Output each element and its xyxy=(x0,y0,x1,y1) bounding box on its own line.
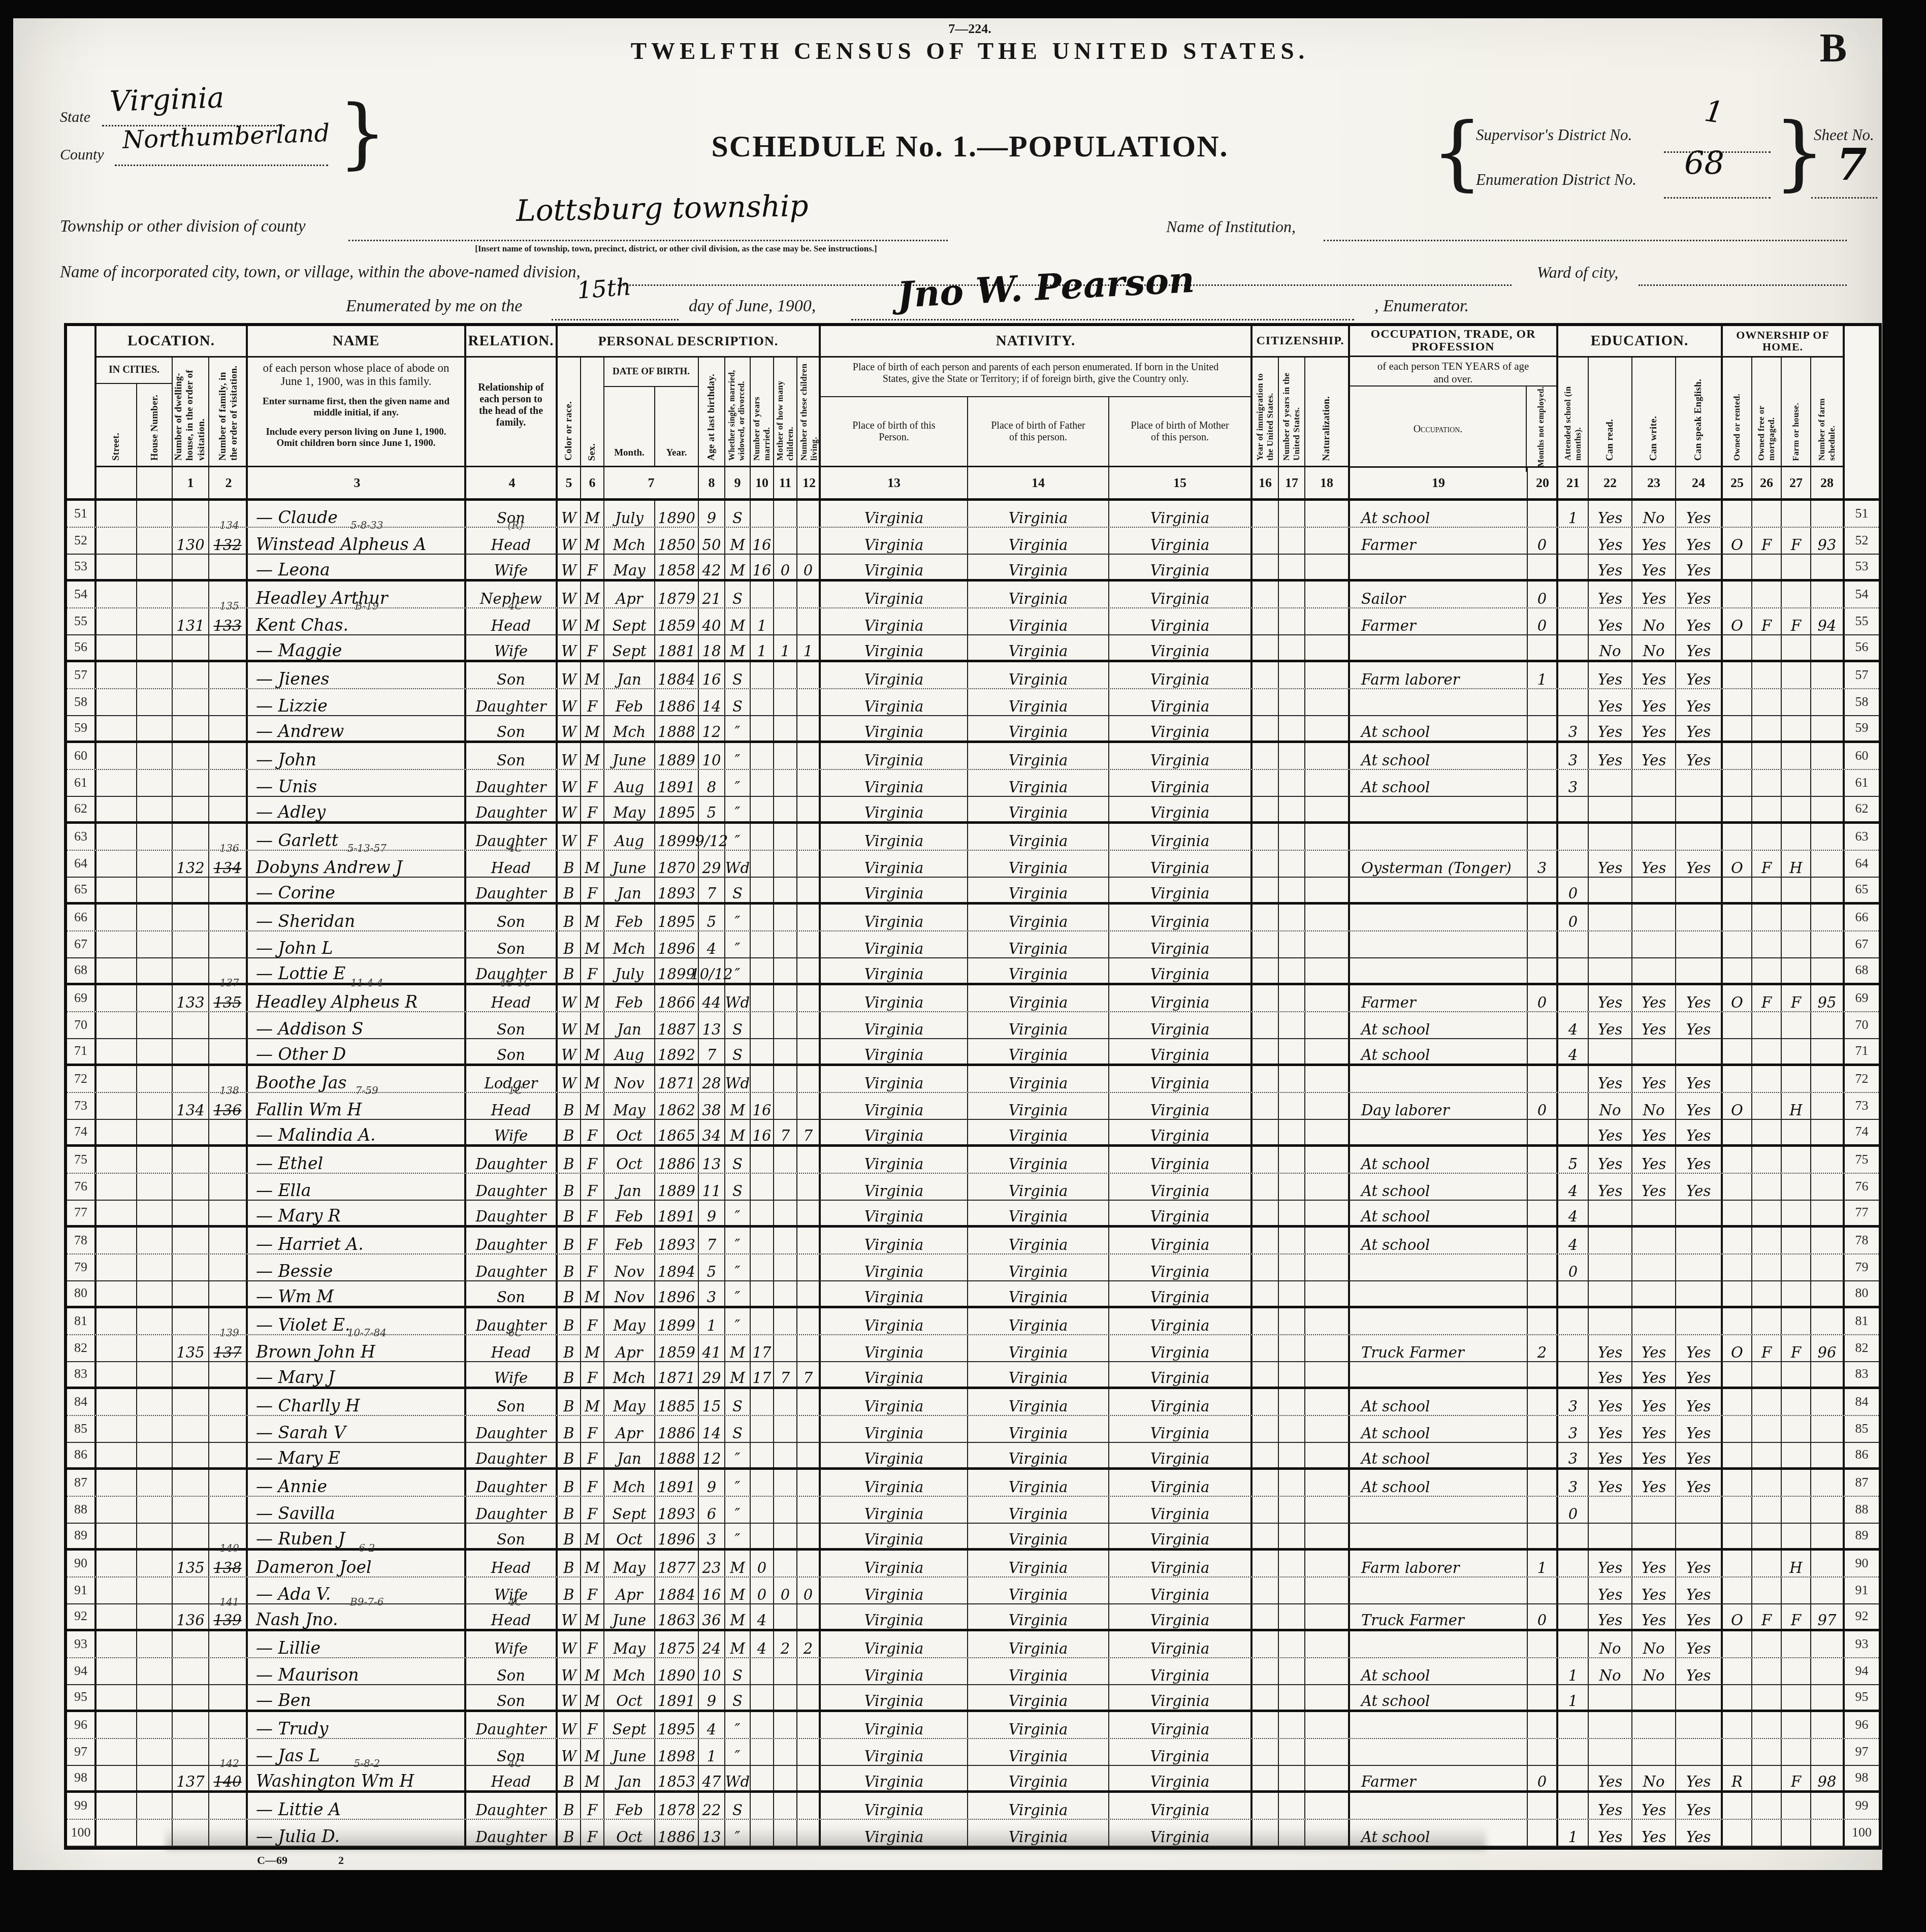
group-nativity-title: NATIVITY. xyxy=(821,326,1250,358)
cell-can_read: Yes xyxy=(1589,555,1632,579)
cell-owned_rented xyxy=(1723,501,1752,527)
cell-naturalization xyxy=(1305,958,1350,983)
line-number-right: 85 xyxy=(1845,1416,1879,1442)
cell-farm_house xyxy=(1782,1685,1811,1710)
cell-farm_schedule xyxy=(1811,1497,1845,1523)
cell-year: 1890 xyxy=(655,501,699,527)
cell-house xyxy=(137,851,173,877)
cell-farm_schedule xyxy=(1811,743,1845,769)
cell-age: 12 xyxy=(699,716,725,740)
cell-yrs_married xyxy=(751,1039,774,1064)
cell-relation: Daughter xyxy=(466,1443,558,1467)
cell-owned_rented: O xyxy=(1723,608,1752,634)
line-number-right: 54 xyxy=(1845,582,1879,607)
cell-farm_house xyxy=(1782,1712,1811,1738)
cell-months_not_employed xyxy=(1528,1147,1558,1173)
cell-can_read xyxy=(1589,905,1632,930)
cell-street xyxy=(97,1228,137,1253)
cell-name: — Julia D. xyxy=(248,1820,466,1846)
cell-can_speak_english xyxy=(1676,1254,1723,1280)
cell-owned_rented: O xyxy=(1723,1335,1752,1361)
col-number: 24 xyxy=(1676,467,1721,498)
cell-can_read: Yes xyxy=(1589,528,1632,554)
cell-children_born xyxy=(774,905,797,930)
cell-children_living xyxy=(797,797,821,821)
cell-street xyxy=(97,1577,137,1603)
cell-age: 21 xyxy=(699,582,725,607)
cell-children_born xyxy=(774,743,797,769)
cell-marital: ″ xyxy=(725,1739,751,1765)
cell-occupation: Farmer xyxy=(1350,1766,1528,1790)
cell-father_birthplace: Virginia xyxy=(968,1362,1109,1387)
pencil-annotation: B9-7-6 xyxy=(350,1597,383,1607)
cell-owned_rented xyxy=(1723,770,1752,796)
cell-sex: M xyxy=(581,1524,604,1548)
cell-name: — Mary J xyxy=(248,1362,466,1387)
cell-years_in_us xyxy=(1279,1739,1305,1765)
cell-school_months xyxy=(1558,1712,1589,1738)
cell-family: 141139 xyxy=(209,1604,248,1629)
cell-children_living xyxy=(797,905,821,930)
cell-month: June xyxy=(604,1739,655,1765)
cell-street xyxy=(97,1685,137,1710)
cell-color: W xyxy=(558,608,581,634)
cell-ln: 54 xyxy=(67,582,97,607)
cell-marital: S xyxy=(725,1389,751,1415)
line-number-right: 76 xyxy=(1845,1174,1879,1200)
cell-immigration_year xyxy=(1253,1524,1279,1548)
cell-can_speak_english: Yes xyxy=(1676,501,1723,527)
cell-can_write: No xyxy=(1632,1093,1676,1119)
cell-farm_house xyxy=(1782,1362,1811,1387)
cell-can_write: Yes xyxy=(1632,1416,1676,1442)
cell-farm_schedule xyxy=(1811,1416,1845,1442)
cell-color: W xyxy=(558,528,581,554)
cell-family: 136134 xyxy=(209,851,248,877)
cell-can_read: Yes xyxy=(1589,1389,1632,1415)
cell-can_speak_english: Yes xyxy=(1676,635,1723,660)
cell-years_in_us xyxy=(1279,1416,1305,1442)
cell-marital: ″ xyxy=(725,1308,751,1334)
cell-house xyxy=(137,1066,173,1092)
census-row: 641321361345-13-57Dobyns Andrew J4CHeadB… xyxy=(67,851,1879,878)
cell-mother_birthplace: Virginia xyxy=(1109,1739,1253,1765)
cell-free_mortgaged xyxy=(1752,1793,1782,1819)
cell-father_birthplace: Virginia xyxy=(968,743,1109,769)
cell-can_speak_english: Yes xyxy=(1676,1147,1723,1173)
cell-age: 14 xyxy=(699,1416,725,1442)
cell-immigration_year xyxy=(1253,608,1279,634)
line-number-header-left xyxy=(67,326,97,498)
cell-family xyxy=(209,1416,248,1442)
cell-month: Jan xyxy=(604,1012,655,1038)
cell-can_write: Yes xyxy=(1632,555,1676,579)
cell-naturalization xyxy=(1305,743,1350,769)
col-header-dwelling: Number of dwelling-house, in the order o… xyxy=(173,361,207,461)
cell-children_born xyxy=(774,1147,797,1173)
cell-year: 1859 xyxy=(655,1335,699,1361)
cell-age: 3 xyxy=(699,1524,725,1548)
cell-street xyxy=(97,1497,137,1523)
col-header-marital: Whether single, married, widowed, or div… xyxy=(728,361,747,461)
cell-yrs_married xyxy=(751,1766,774,1790)
cell-owned_rented: O xyxy=(1723,985,1752,1011)
cell-farm_schedule xyxy=(1811,1820,1845,1846)
pencil-annotation: 6-2 xyxy=(359,1543,375,1553)
cell-owned_rented xyxy=(1723,662,1752,688)
cell-school_months: 1 xyxy=(1558,1820,1589,1846)
cell-month: Apr xyxy=(604,1416,655,1442)
cell-dwelling xyxy=(173,1120,209,1144)
cell-can_write xyxy=(1632,878,1676,902)
cell-name: — Malindia A. xyxy=(248,1120,466,1144)
cell-month: Sept xyxy=(604,608,655,634)
cell-family xyxy=(209,743,248,769)
cell-occupation xyxy=(1350,1308,1528,1334)
cell-years_in_us xyxy=(1279,1631,1305,1657)
cell-birthplace: Virginia xyxy=(821,824,968,850)
col-number: 4 xyxy=(466,467,558,498)
cell-house xyxy=(137,689,173,715)
cell-yrs_married xyxy=(751,1524,774,1548)
cell-children_born xyxy=(774,1093,797,1119)
cell-farm_house xyxy=(1782,1497,1811,1523)
cell-street xyxy=(97,905,137,930)
cell-naturalization xyxy=(1305,1093,1350,1119)
cell-age: 10/12 xyxy=(699,958,725,983)
cell-can_read: Yes xyxy=(1589,1443,1632,1467)
cell-age: 4 xyxy=(699,1712,725,1738)
cell-owned_rented xyxy=(1723,1497,1752,1523)
cell-immigration_year xyxy=(1253,528,1279,554)
cell-can_write: Yes xyxy=(1632,743,1676,769)
cell-can_speak_english: Yes xyxy=(1676,662,1723,688)
col-header-farm-schedule: Number of farm schedule. xyxy=(1817,361,1837,461)
cell-farm_schedule xyxy=(1811,1254,1845,1280)
cell-can_write xyxy=(1632,1497,1676,1523)
cell-sex: M xyxy=(581,1012,604,1038)
cell-ln: 91 xyxy=(67,1577,97,1603)
cell-marital: S xyxy=(725,662,751,688)
cell-yrs_married xyxy=(751,878,774,902)
cell-years_in_us xyxy=(1279,582,1305,607)
census-row: 68— Lottie EDaughterBFJuly189910/12″Virg… xyxy=(67,958,1879,985)
cell-school_months: 3 xyxy=(1558,1416,1589,1442)
line-number-right: 60 xyxy=(1845,743,1879,769)
cell-relation: Son xyxy=(466,905,558,930)
cell-can_write: Yes xyxy=(1632,1066,1676,1092)
cell-immigration_year xyxy=(1253,1039,1279,1064)
cell-dwelling xyxy=(173,1712,209,1738)
cell-naturalization xyxy=(1305,851,1350,877)
cell-years_in_us xyxy=(1279,689,1305,715)
cell-street xyxy=(97,1308,137,1334)
cell-relation: Wife xyxy=(466,1631,558,1657)
cell-mother_birthplace: Virginia xyxy=(1109,1416,1253,1442)
cell-street xyxy=(97,1658,137,1684)
cell-dwelling xyxy=(173,958,209,983)
cell-occupation: At school xyxy=(1350,501,1528,527)
cell-dwelling: 135 xyxy=(173,1335,209,1361)
cell-dwelling xyxy=(173,1793,209,1819)
cell-father_birthplace: Virginia xyxy=(968,1739,1109,1765)
cell-children_born: 2 xyxy=(774,1631,797,1657)
col-number: 15 xyxy=(1109,467,1250,498)
census-row: 71— Other DSonWMAug18927SVirginiaVirgini… xyxy=(67,1039,1879,1066)
cell-free_mortgaged xyxy=(1752,1147,1782,1173)
cell-months_not_employed xyxy=(1528,1631,1558,1657)
cell-year: 1896 xyxy=(655,931,699,957)
cell-age: 23 xyxy=(699,1551,725,1576)
occupation-sub: of each person TEN YEARS of age and over… xyxy=(1350,357,1556,387)
cell-can_speak_english xyxy=(1676,1712,1723,1738)
cell-years_in_us xyxy=(1279,501,1305,527)
cell-name: — Maggie xyxy=(248,635,466,660)
cell-farm_schedule: 96 xyxy=(1811,1335,1845,1361)
cell-year: 1886 xyxy=(655,1416,699,1442)
cell-mother_birthplace: Virginia xyxy=(1109,1389,1253,1415)
cell-father_birthplace: Virginia xyxy=(968,878,1109,902)
cell-can_speak_english xyxy=(1676,958,1723,983)
cell-sex: M xyxy=(581,1658,604,1684)
cell-street xyxy=(97,689,137,715)
cell-relation: Daughter xyxy=(466,797,558,821)
census-row: 56— MaggieWifeWFSept188118M111VirginiaVi… xyxy=(67,635,1879,662)
cell-owned_rented: O xyxy=(1723,528,1752,554)
cell-relation: Son xyxy=(466,1524,558,1548)
cell-house xyxy=(137,1551,173,1576)
census-row: 51— ClaudeSonWMJuly18909SVirginiaVirgini… xyxy=(67,501,1879,528)
cell-can_write: Yes xyxy=(1632,1443,1676,1467)
cell-months_not_employed xyxy=(1528,1416,1558,1442)
cell-months_not_employed xyxy=(1528,1201,1558,1225)
cell-can_speak_english xyxy=(1676,878,1723,902)
cell-age: 14 xyxy=(699,689,725,715)
cell-farm_schedule xyxy=(1811,1577,1845,1603)
cell-can_speak_english: Yes xyxy=(1676,1551,1723,1576)
cell-mother_birthplace: Virginia xyxy=(1109,1066,1253,1092)
cell-immigration_year xyxy=(1253,1174,1279,1200)
cell-yrs_married xyxy=(751,1658,774,1684)
cell-sex: F xyxy=(581,1793,604,1819)
cell-age: 9/12 xyxy=(699,824,725,850)
cell-farm_schedule: 93 xyxy=(1811,528,1845,554)
cell-mother_birthplace: Virginia xyxy=(1109,851,1253,877)
cell-farm_house xyxy=(1782,662,1811,688)
cell-can_speak_english: Yes xyxy=(1676,1604,1723,1629)
cell-month: Aug xyxy=(604,824,655,850)
cell-years_in_us xyxy=(1279,931,1305,957)
cell-farm_schedule xyxy=(1811,1201,1845,1225)
cell-children_living xyxy=(797,931,821,957)
cell-sex: M xyxy=(581,851,604,877)
group-occupation: OCCUPATION, TRADE, OR PROFESSION of each… xyxy=(1350,326,1558,498)
cell-father_birthplace: Virginia xyxy=(968,662,1109,688)
cell-father_birthplace: Virginia xyxy=(968,1470,1109,1496)
line-number-right: 88 xyxy=(1845,1497,1879,1523)
cell-street xyxy=(97,824,137,850)
pencil-annotation: 5-8-33 xyxy=(350,520,383,530)
cell-occupation: At school xyxy=(1350,1470,1528,1496)
cell-can_read xyxy=(1589,1497,1632,1523)
cell-yrs_married xyxy=(751,1497,774,1523)
cell-occupation: At school xyxy=(1350,1416,1528,1442)
cell-children_living xyxy=(797,770,821,796)
col-header-pob-father: Place of birth of Father of this person. xyxy=(968,397,1109,466)
cell-age: 38 xyxy=(699,1093,725,1119)
cell-yrs_married xyxy=(751,582,774,607)
cell-farm_schedule xyxy=(1811,689,1845,715)
cell-name: — Ella xyxy=(248,1174,466,1200)
cell-can_write: Yes xyxy=(1632,1577,1676,1603)
cell-school_months xyxy=(1558,582,1589,607)
cell-years_in_us xyxy=(1279,1228,1305,1253)
cell-ln: 76 xyxy=(67,1174,97,1200)
cell-yrs_married: 0 xyxy=(751,1551,774,1576)
cell-children_born xyxy=(774,1766,797,1790)
cell-school_months xyxy=(1558,1362,1589,1387)
cell-family xyxy=(209,689,248,715)
census-row: 70— Addison SSonWMJan188713SVirginiaVirg… xyxy=(67,1012,1879,1039)
cell-color: B xyxy=(558,1362,581,1387)
cell-can_read: Yes xyxy=(1589,1362,1632,1387)
enumerated-label: Enumerated by me on the xyxy=(346,297,522,316)
cell-can_read: No xyxy=(1589,1631,1632,1657)
cell-birthplace: Virginia xyxy=(821,1012,968,1038)
cell-years_in_us xyxy=(1279,958,1305,983)
col-header-attended-school: Attended school (in months). xyxy=(1563,361,1583,461)
cell-children_born xyxy=(774,1012,797,1038)
cell-birthplace: Virginia xyxy=(821,662,968,688)
cell-relation: Wife xyxy=(466,555,558,579)
col-number: 6 xyxy=(581,467,604,498)
cell-mother_birthplace: Virginia xyxy=(1109,662,1253,688)
cell-farm_house: H xyxy=(1782,1551,1811,1576)
cell-years_in_us xyxy=(1279,1497,1305,1523)
cell-age: 8 xyxy=(699,770,725,796)
cell-farm_schedule: 95 xyxy=(1811,985,1845,1011)
census-row: 63— GarlettDaughterWFAug18999/12″Virgini… xyxy=(67,824,1879,851)
cell-father_birthplace: Virginia xyxy=(968,1685,1109,1710)
cell-year: 1891 xyxy=(655,770,699,796)
pencil-annotation: 4C xyxy=(508,1597,523,1607)
cell-color: B xyxy=(558,1093,581,1119)
cell-farm_house xyxy=(1782,1416,1811,1442)
col-number: 5 xyxy=(558,467,581,498)
cell-farm_schedule xyxy=(1811,1739,1845,1765)
line-number-right: 63 xyxy=(1845,824,1879,850)
cell-house xyxy=(137,1658,173,1684)
cell-owned_rented xyxy=(1723,1551,1752,1576)
line-number-right: 67 xyxy=(1845,931,1879,957)
cell-age: 15 xyxy=(699,1389,725,1415)
col-header-can-write: Can write. xyxy=(1648,416,1659,461)
cell-children_living: 2 xyxy=(797,1631,821,1657)
col-header-years-in-us: Number of years in the United States. xyxy=(1281,361,1302,461)
cell-house xyxy=(137,1281,173,1306)
census-row: 55131135133B-19Kent Chas.4CHeadWMSept185… xyxy=(67,608,1879,635)
cell-color: B xyxy=(558,1281,581,1306)
cell-color: B xyxy=(558,905,581,930)
line-number-right: 81 xyxy=(1845,1308,1879,1334)
cell-mother_birthplace: Virginia xyxy=(1109,1174,1253,1200)
cell-can_speak_english xyxy=(1676,1524,1723,1548)
cell-years_in_us xyxy=(1279,1577,1305,1603)
cell-birthplace: Virginia xyxy=(821,1497,968,1523)
cell-can_speak_english: Yes xyxy=(1676,743,1723,769)
cell-farm_house xyxy=(1782,905,1811,930)
cell-months_not_employed xyxy=(1528,1362,1558,1387)
cell-house xyxy=(137,1362,173,1387)
rule-line xyxy=(851,319,1354,320)
cell-marital: S xyxy=(725,1685,751,1710)
cell-sex: F xyxy=(581,1120,604,1144)
cell-years_in_us xyxy=(1279,528,1305,554)
cell-year: 1863 xyxy=(655,1604,699,1629)
cell-months_not_employed xyxy=(1528,1228,1558,1253)
cell-mother_birthplace: Virginia xyxy=(1109,1254,1253,1280)
cell-relation: Head xyxy=(466,1551,558,1576)
cell-farm_schedule xyxy=(1811,1228,1845,1253)
cell-can_write: Yes xyxy=(1632,1362,1676,1387)
township-note: [Insert name of township, town, precinct… xyxy=(359,244,993,254)
cell-year: 1889 xyxy=(655,1174,699,1200)
cell-can_write xyxy=(1632,824,1676,850)
cell-house xyxy=(137,1631,173,1657)
cell-school_months xyxy=(1558,1793,1589,1819)
cell-dwelling xyxy=(173,716,209,740)
cell-mother_birthplace: Virginia xyxy=(1109,824,1253,850)
cell-years_in_us xyxy=(1279,1308,1305,1334)
cell-farm_schedule xyxy=(1811,582,1845,607)
cell-children_living xyxy=(797,1066,821,1092)
rule-line xyxy=(552,319,679,320)
line-number-right: 71 xyxy=(1845,1039,1879,1064)
enumeration-district-label: Enumeration District No. xyxy=(1476,171,1636,189)
cell-farm_schedule xyxy=(1811,1470,1845,1496)
cell-family xyxy=(209,1120,248,1144)
cell-street xyxy=(97,878,137,902)
cell-can_speak_english xyxy=(1676,1739,1723,1765)
cell-farm_house xyxy=(1782,878,1811,902)
cell-ln: 59 xyxy=(67,716,97,740)
cell-month: Feb xyxy=(604,1201,655,1225)
cell-year: 1850 xyxy=(655,528,699,554)
cell-street xyxy=(97,1389,137,1415)
cell-years_in_us xyxy=(1279,824,1305,850)
cell-father_birthplace: Virginia xyxy=(968,1093,1109,1119)
cell-mother_birthplace: Virginia xyxy=(1109,689,1253,715)
cell-can_read: Yes xyxy=(1589,1174,1632,1200)
cell-immigration_year xyxy=(1253,716,1279,740)
cell-school_months: 1 xyxy=(1558,1658,1589,1684)
cell-yrs_married: 4 xyxy=(751,1604,774,1629)
cell-free_mortgaged xyxy=(1752,931,1782,957)
cell-ln: 97 xyxy=(67,1739,97,1765)
rule-line xyxy=(348,240,948,241)
cell-year: 1889 xyxy=(655,743,699,769)
cell-occupation xyxy=(1350,931,1528,957)
cell-color: B xyxy=(558,1470,581,1496)
cell-immigration_year xyxy=(1253,1362,1279,1387)
cell-owned_rented xyxy=(1723,931,1752,957)
name-desc: Enter surname first, then the given name… xyxy=(258,396,454,418)
cell-farm_schedule xyxy=(1811,878,1845,902)
cell-school_months xyxy=(1558,1335,1589,1361)
cell-yrs_married xyxy=(751,1389,774,1415)
cell-occupation: At school xyxy=(1350,1443,1528,1467)
cell-yrs_married: 1 xyxy=(751,608,774,634)
